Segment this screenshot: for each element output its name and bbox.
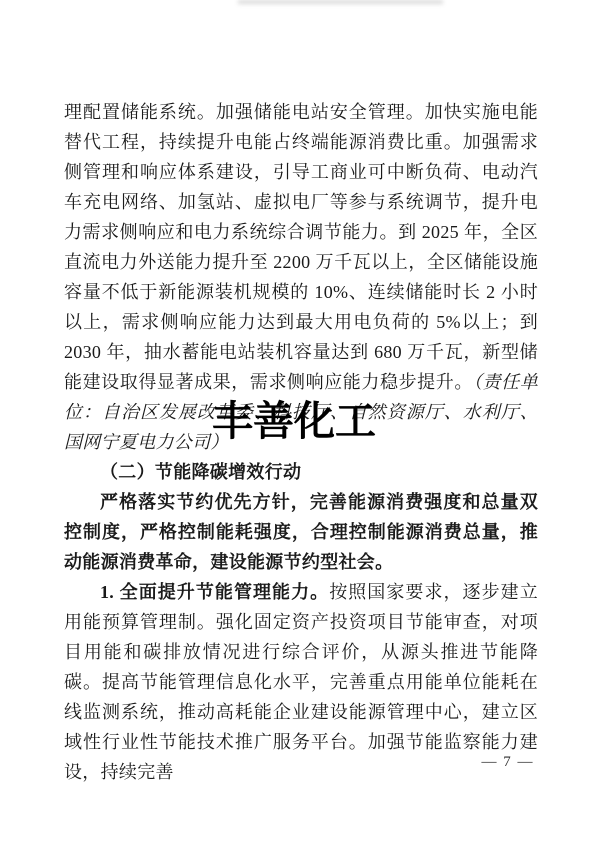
document-page: 理配置储能系统。加强储能电站安全管理。加快实施电能替代工程，持续提升电能占终端能… — [0, 0, 600, 848]
section-heading-text: （二）节能降碳增效行动 — [100, 462, 301, 482]
page-number: — 7 — — [482, 754, 535, 771]
section-heading: （二）节能降碳增效行动 — [64, 457, 538, 487]
item-1-lead-text: 1. 全面提升节能管理能力。 — [100, 582, 329, 602]
paragraph-dual-control: 严格落实节约优先方针，完善能源消费强度和总量双控制度，严格控制能耗强度，合理控制… — [64, 487, 538, 577]
item-1-body-text: 按照国家要求，逐步建立用能预算管理制。强化固定资产投资项目节能审查，对项目用能和… — [64, 582, 538, 782]
body-text: 理配置储能系统。加强储能电站安全管理。加快实施电能替代工程，持续提升电能占终端能… — [64, 102, 538, 392]
paragraph-item-1: 1. 全面提升节能管理能力。按照国家要求，逐步建立用能预算管理制。强化固定资产投… — [64, 577, 538, 787]
watermark: 丰善化工 — [212, 399, 376, 443]
dual-control-text: 严格落实节约优先方针，完善能源消费强度和总量双控制度，严格控制能耗强度，合理控制… — [64, 492, 538, 572]
scan-artifact — [238, 0, 443, 4]
